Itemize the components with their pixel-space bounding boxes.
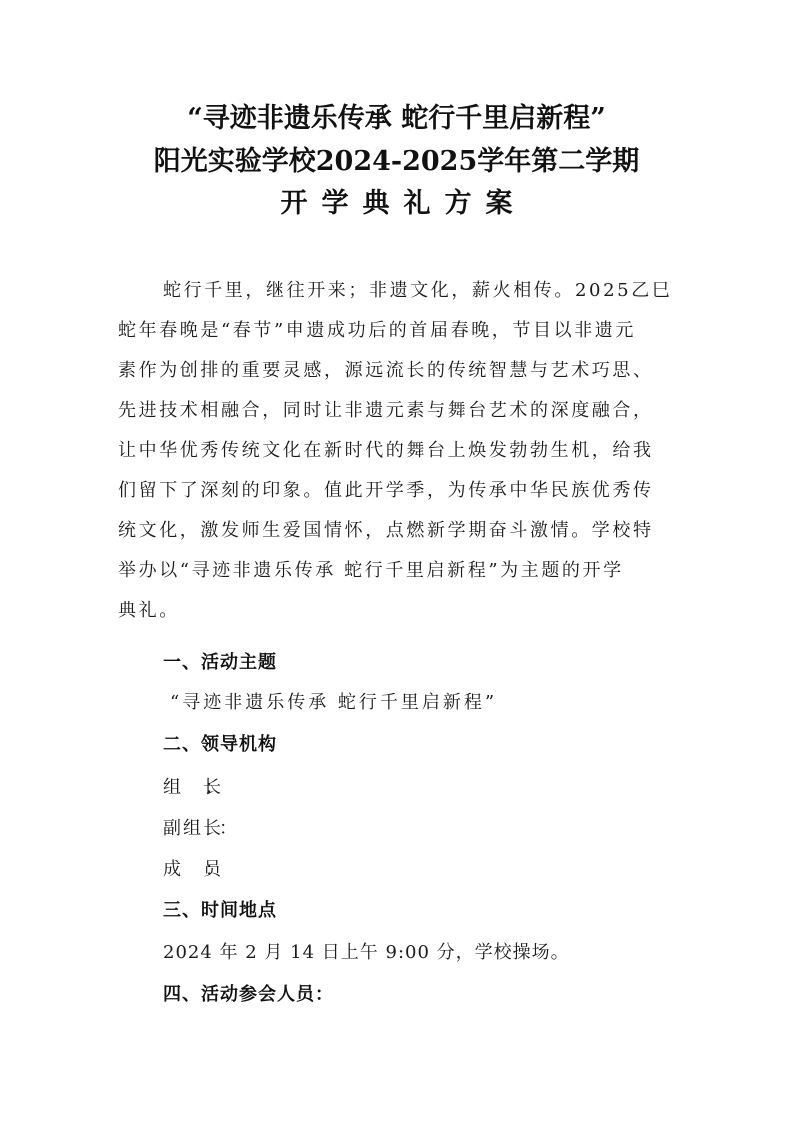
intro-line: 素作为创排的重要灵感，源远流长的传统智慧与艺术巧思、	[118, 358, 654, 384]
section-heading-time-place: 三、时间地点	[163, 898, 277, 924]
section-heading-participants: 四、活动参会人员：	[163, 982, 334, 1008]
members-field: 成员：	[163, 857, 223, 883]
section-theme-content: “寻迹非遗乐传承 蛇行千里启新程”	[170, 690, 497, 716]
intro-line: 蛇年春晚是“春节”申遗成功后的首届春晚，节目以非遗元	[118, 318, 636, 344]
deputy-leader-field: 副组长：	[163, 816, 237, 842]
section-heading-leadership: 二、领导机构	[163, 732, 277, 758]
document-title-slogan: “寻迹非遗乐传承 蛇行千里启新程”	[0, 101, 793, 137]
intro-line: 举办以“寻迹非遗乐传承 蛇行千里启新程”为主题的开学	[118, 558, 624, 584]
leader-field: 组长：	[163, 775, 223, 801]
intro-line: 们留下了深刻的印象。值此开学季，为传承中华民族优秀传	[118, 478, 654, 504]
document-title-plan: 开学典礼方案	[0, 186, 793, 222]
leader-value: ：	[205, 777, 223, 798]
document-title-school-term: 阳光实验学校2024-2025学年第二学期	[0, 144, 793, 180]
section-time-place-content: 2024 年 2 月 14 日上午 9:00 分，学校操场。	[163, 940, 570, 966]
intro-line: 统文化，激发师生爱国情怀，点燃新学期奋斗激情。学校特	[118, 518, 654, 544]
members-value: ：	[205, 859, 223, 880]
deputy-leader-value: ：	[219, 818, 237, 839]
intro-line: 先进技术相融合，同时让非遗元素与舞台艺术的深度融合，	[118, 398, 654, 424]
section-heading-theme: 一、活动主题	[163, 650, 277, 676]
document-page: “寻迹非遗乐传承 蛇行千里启新程” 阳光实验学校2024-2025学年第二学期 …	[0, 0, 793, 1122]
intro-line: 蛇行千里，继往开来；非遗文化，薪火相传。2025乙巳	[163, 278, 672, 304]
intro-line: 典礼。	[118, 598, 180, 624]
intro-line: 让中华优秀传统文化在新时代的舞台上焕发勃勃生机，给我	[118, 438, 654, 464]
deputy-leader-label: 副组长	[163, 816, 223, 842]
